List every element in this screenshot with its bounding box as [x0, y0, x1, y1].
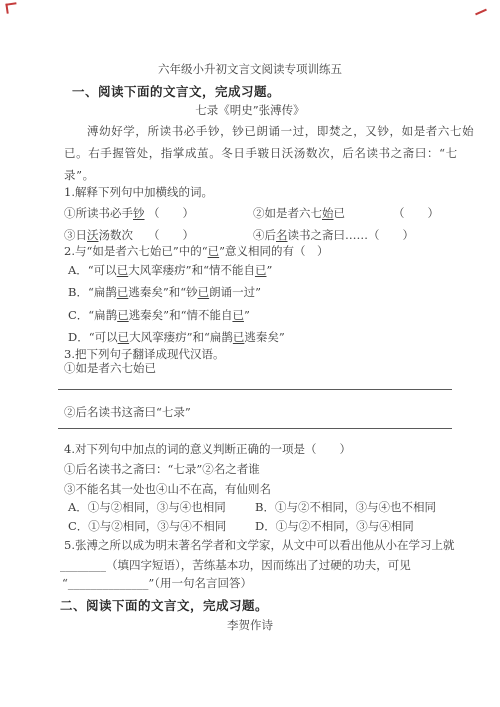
text-segment: C．“扁鹊 — [68, 308, 117, 322]
text-segment: 逃秦矣”和“钞 — [128, 285, 197, 299]
underlined-word: 已 — [233, 330, 245, 344]
q5-line-2: ________（填四字短语），苦练基本功，因而练出了过硬的功夫，可见 — [60, 557, 411, 573]
q5-line-1: 5.张溥之所以成为明末著名学者和文学家，从文中可以看出他从小在学习上就 — [64, 537, 454, 553]
text-segment: 读书之斋曰…… — [288, 228, 369, 242]
q1-item-2-blank-parens: （ ） — [393, 206, 439, 220]
section-one-heading: 一、阅读下面的文言文，完成习题。 — [72, 84, 280, 100]
underlined-word: 已 — [208, 244, 220, 258]
red-corner-mark-right — [475, 9, 487, 16]
q2-option-d: D．“可以已大风挛瘘疠”和“扁鹊已逃秦矣” — [68, 329, 285, 345]
q4-option-a: A．①与②相同，③与④也相同 — [68, 499, 226, 515]
underlined-word: 已 — [118, 330, 130, 344]
text-segment: B．“扁鹊 — [68, 285, 117, 299]
q1-item-4-text: ④后名读书之斋曰…… — [253, 228, 368, 242]
text-segment: ③日 — [64, 228, 87, 242]
underlined-word: 已 — [117, 308, 129, 322]
underlined-word: 名 — [276, 228, 288, 242]
underlined-word: 已 — [117, 285, 129, 299]
q1-item-3: ③日沃汤数次 — [64, 227, 133, 243]
text-segment: 逃秦矣”和“情不能自 — [129, 308, 233, 322]
worksheet-page: 六年级小升初文言文阅读专项训练五 一、阅读下面的文言文，完成习题。 七录《明史”… — [0, 0, 500, 707]
answer-blank-line-2 — [58, 428, 452, 429]
question-4-stem: 4.对下列句中加点的词的意义判断正确的一项是（ ） — [64, 441, 351, 457]
text-segment: ④后 — [253, 228, 276, 242]
text-segment: 已 — [334, 206, 346, 220]
q3-item-2: ②后名读书这斋曰“七录” — [64, 404, 191, 420]
q4-option-b: B．①与②不相同，③与④也不相同 — [255, 499, 436, 515]
q1-item-2-text: ②如是者六七始已 — [253, 206, 345, 220]
passage-line-1: 溥幼好学，所读书必手钞，钞已朗诵一过，即焚之，又钞，如是者六七始 — [64, 123, 474, 139]
underlined-word: 钞 — [133, 206, 145, 220]
text-segment: ”意义相同的有（ ） — [219, 244, 328, 258]
section-two-heading: 二、阅读下面的文言文，完成习题。 — [60, 598, 268, 614]
underlined-word: 已 — [232, 308, 244, 322]
underlined-word: 已 — [117, 263, 129, 277]
passage-line-3: 录”。 — [64, 167, 95, 183]
q3-item-1: ①如是者六七始已 — [64, 360, 156, 376]
q1-item-4: ④后名读书之斋曰……（ ） — [253, 227, 414, 243]
text-segment: ” — [266, 263, 272, 277]
q4-example-line-1: ①后名读书之斋曰：“七录”②名之者谁 — [64, 461, 260, 477]
q2-option-c: C．“扁鹊已逃秦矣”和“情不能自已” — [68, 307, 250, 323]
text-segment: ①所读书必手 — [64, 206, 133, 220]
underlined-word: 沃 — [87, 228, 99, 242]
red-corner-mark-left — [5, 2, 17, 13]
text-segment: 逃秦矣” — [244, 330, 284, 344]
text-segment: ” — [244, 308, 250, 322]
passage-one-title: 七录《明史”张溥传》 — [0, 102, 500, 118]
q2-option-b: B．“扁鹊已逃秦矣”和“钞已朗诵一过” — [68, 284, 261, 300]
text-segment: A．“可以 — [68, 263, 117, 277]
question-1-stem: 1.解释下列句中加横线的词。 — [64, 184, 213, 200]
passage-line-2: 已。右手握管处，指掌成茧。冬日手皲日沃汤数次，后名读书之斋曰：“七 — [64, 145, 458, 161]
q1-item-4-blank-parens: （ ） — [368, 228, 414, 242]
q1-item-1-blank-parens: （ ） — [148, 205, 194, 221]
passage-two-title: 李贺作诗 — [0, 617, 500, 633]
q1-item-2: ②如是者六七始已（ ） — [253, 205, 439, 221]
doc-title: 六年级小升初文言文阅读专项训练五 — [0, 61, 500, 77]
text-segment: 朗诵一过” — [209, 285, 261, 299]
underlined-word: 已 — [255, 263, 267, 277]
q4-example-line-2: ③不能名其一处也④山不在高，有仙则名 — [64, 481, 271, 497]
question-2-stem: 2.与“如是者六七始已”中的“已”意义相同的有（ ） — [64, 243, 329, 259]
q1-item-3-blank-parens: （ ） — [148, 227, 194, 243]
text-segment: 大风挛瘘疠”和“情不能自 — [128, 263, 255, 277]
text-segment: 2.与“如是者六七始已”中的“ — [64, 244, 208, 258]
text-segment: ②如是者六七 — [253, 206, 322, 220]
q5-line-3: “______________”（用一句名言回答） — [62, 575, 252, 591]
underlined-word: 始 — [322, 206, 334, 220]
underlined-word: 已 — [198, 285, 210, 299]
q2-option-a: A．“可以已大风挛瘘疠”和“情不能自已” — [68, 262, 272, 278]
q4-option-d: D．①与②不相同，③与④相同 — [255, 518, 414, 534]
q4-option-c: C．①与②相同，③与④不相同 — [68, 518, 226, 534]
text-segment: D．“可以 — [68, 330, 118, 344]
text-segment: 大风挛瘘疠”和“扁鹊 — [129, 330, 233, 344]
answer-blank-line-1 — [58, 389, 452, 390]
text-segment: 汤数次 — [99, 228, 134, 242]
q1-item-1: ①所读书必手钞 — [64, 205, 145, 221]
